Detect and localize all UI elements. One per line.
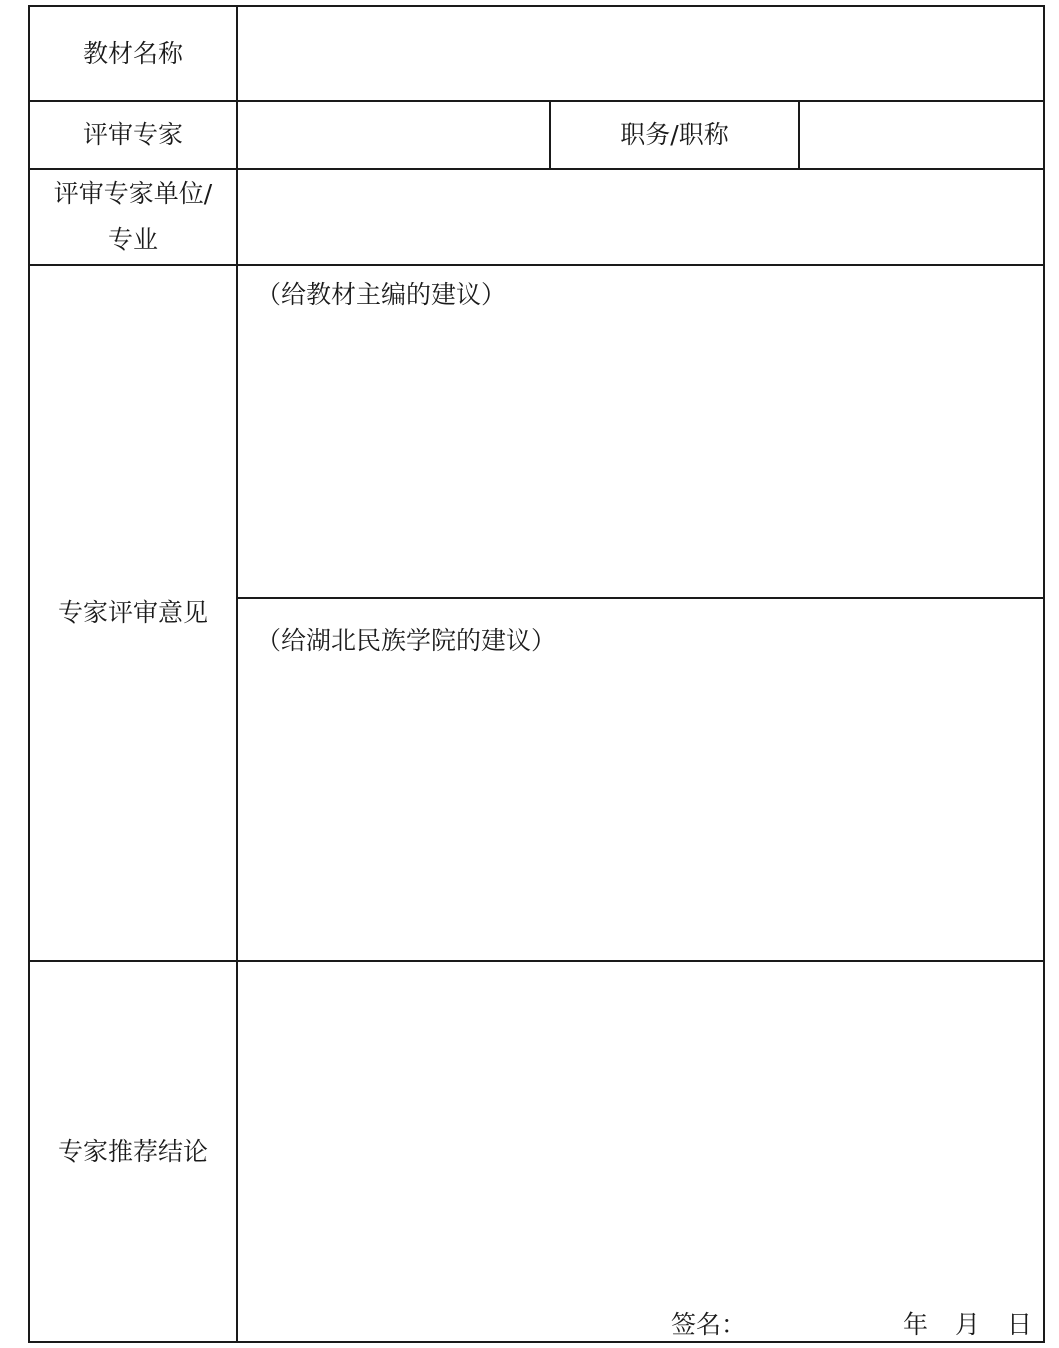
reviewer-label-text: 评审专家 — [83, 112, 183, 158]
review-opinion-label-text: 专家评审意见 — [58, 590, 208, 636]
reviewer-unit-label: 评审专家单位/ 专业 — [30, 170, 236, 264]
year-label: 年 — [903, 1310, 928, 1340]
reviewer-label: 评审专家 — [30, 102, 236, 168]
reviewer-unit-label-line2: 专业 — [108, 217, 158, 263]
textbook-name-label-text: 教材名称 — [83, 31, 183, 77]
title-label-text: 职务/职称 — [620, 112, 728, 158]
advice-to-editor-field[interactable]: （给教材主编的建议） — [238, 266, 1043, 597]
textbook-name-field[interactable] — [238, 7, 1043, 100]
review-opinion-label: 专家评审意见 — [30, 266, 236, 960]
reviewer-unit-label-line1: 评审专家单位/ — [54, 171, 212, 217]
signature-field[interactable] — [740, 1306, 890, 1340]
advice-to-university-field[interactable]: （给湖北民族学院的建议） — [238, 599, 1043, 960]
recommendation-field[interactable] — [238, 962, 1043, 1341]
advice-to-editor-hint: （给教材主编的建议） — [256, 280, 506, 310]
recommendation-label: 专家推荐结论 — [30, 962, 236, 1341]
day-label: 日 — [1007, 1310, 1032, 1340]
signature-label: 签名： — [671, 1310, 746, 1340]
recommendation-label-text: 专家推荐结论 — [58, 1129, 208, 1175]
title-label: 职务/职称 — [551, 102, 798, 168]
reviewer-unit-field[interactable] — [238, 170, 1043, 264]
reviewer-name-field[interactable] — [238, 102, 549, 168]
advice-to-university-hint: （给湖北民族学院的建议） — [256, 626, 556, 656]
month-label: 月 — [955, 1310, 980, 1340]
textbook-name-label: 教材名称 — [30, 7, 236, 100]
title-field[interactable] — [800, 102, 1043, 168]
